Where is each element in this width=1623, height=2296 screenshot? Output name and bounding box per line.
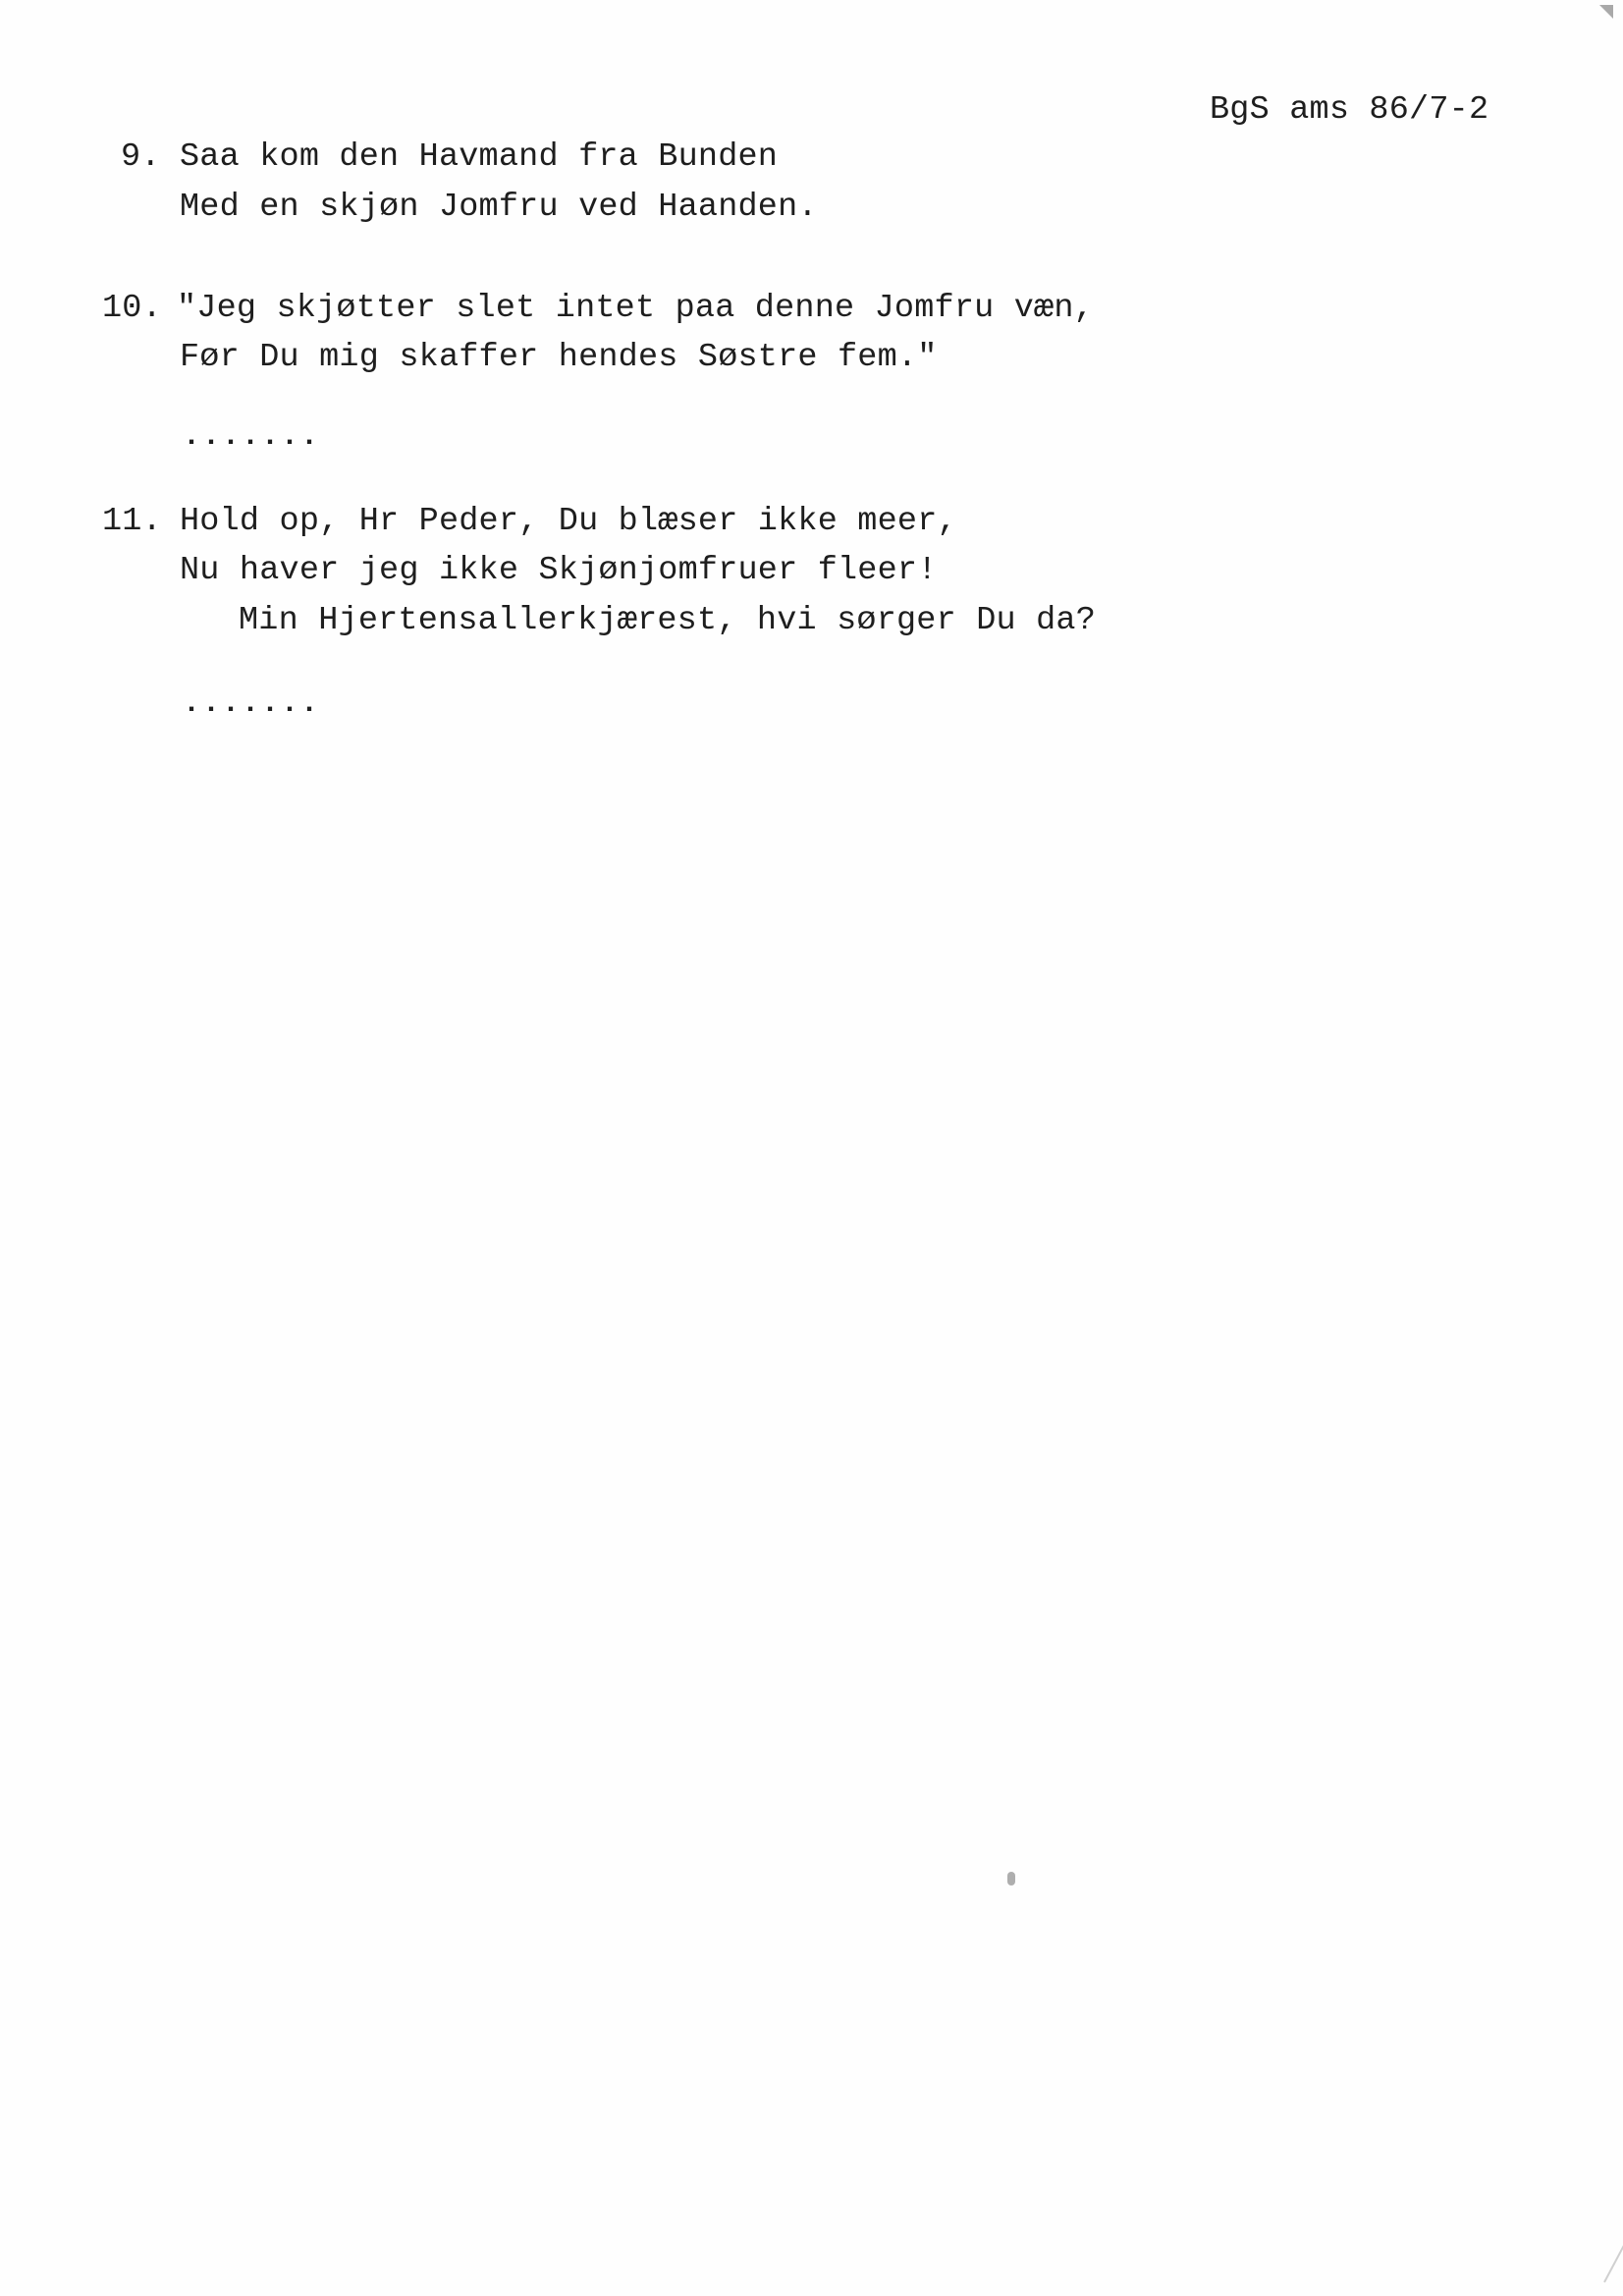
omission-ellipsis: .......	[183, 422, 320, 452]
verse-line: Med en skjøn Jomfru ved Haanden.	[180, 186, 818, 229]
omission-ellipsis: .......	[183, 689, 320, 719]
archive-reference: BgS ams 86/7-2	[1210, 88, 1488, 132]
verse-line: Nu haver jeg ikke Skjønjomfruer fleer!	[180, 549, 938, 592]
page-corner-mark	[1599, 5, 1613, 19]
scan-edge-mark	[1603, 2233, 1623, 2282]
stanza-number: 11.	[102, 500, 162, 543]
scan-speck	[1007, 1872, 1015, 1886]
verse-line: "Jeg skjøtter slet intet paa denne Jomfr…	[177, 287, 1094, 330]
refrain-line: Min Hjertensallerkjærest, hvi sørger Du …	[239, 599, 1096, 642]
stanza-number: 9.	[121, 136, 161, 179]
verse-line: Saa kom den Havmand fra Bunden	[180, 136, 778, 179]
stanza-number: 10.	[102, 287, 162, 330]
verse-line: Hold op, Hr Peder, Du blæser ikke meer,	[180, 500, 957, 543]
verse-line: Før Du mig skaffer hendes Søstre fem."	[180, 336, 938, 379]
document-page: BgS ams 86/7-2 9. Saa kom den Havmand fr…	[0, 0, 1623, 2296]
